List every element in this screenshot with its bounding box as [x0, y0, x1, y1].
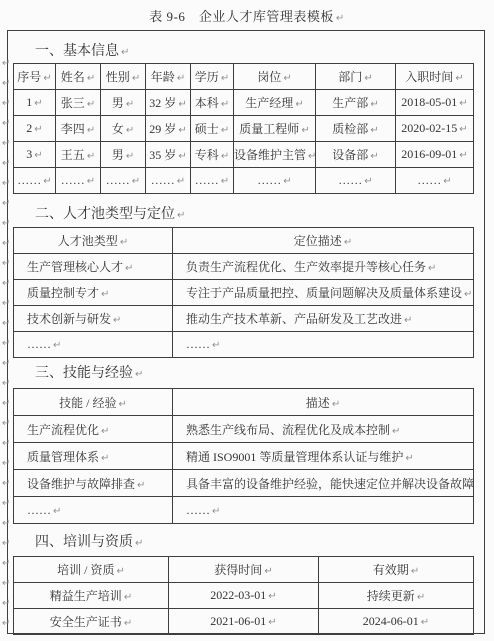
header-text: 序号 — [17, 70, 41, 84]
paragraph-mark-icon: ↵ — [212, 340, 220, 351]
page-title: 表 9-6 企业人才库管理表模板↵ — [0, 0, 494, 26]
margin-paragraph-mark-icon: ↵ — [2, 319, 10, 329]
paragraph-mark-icon: ↵ — [464, 289, 472, 300]
column-header: 岗位↵ — [234, 64, 316, 90]
cell-text: 生产流程优化 — [27, 423, 99, 437]
margin-paragraph-mark-icon: ↵ — [2, 399, 10, 409]
margin-paragraph-mark-icon: ↵ — [2, 279, 10, 289]
column-header: 技能 / 经验↵ — [14, 389, 173, 416]
margin-paragraph-mark-icon: ↵ — [2, 559, 10, 569]
column-header: 年龄↵ — [146, 64, 191, 90]
document-sheet: 一、基本信息↵ 序号↵ 姓名↵ 性别↵ 年龄↵ 学历↵ 岗位↵ 部门↵ 入职时间… — [7, 30, 485, 634]
paragraph-mark-icon: ↵ — [87, 176, 95, 187]
column-header: 有效期↵ — [319, 557, 474, 583]
paragraph-mark-icon: ↵ — [178, 99, 186, 110]
cell-text: 质量管理体系 — [27, 450, 99, 464]
header-text: 姓名 — [61, 70, 85, 84]
header-text: 技能 / 经验 — [59, 396, 116, 410]
training-table: 培训 / 资质↵ 获得时间↵ 有效期↵ 精益生产培训↵ 2022-03-01↵ … — [13, 556, 474, 635]
paragraph-mark-icon: ↵ — [177, 210, 185, 221]
margin-paragraph-mark-icon: ↵ — [2, 159, 10, 169]
cell-text: …… — [195, 173, 219, 187]
section-basic-info: 一、基本信息↵ 序号↵ 姓名↵ 性别↵ 年龄↵ 学历↵ 岗位↵ 部门↵ 入职时间… — [8, 43, 484, 194]
column-header: 培训 / 资质↵ — [14, 557, 169, 583]
paragraph-mark-icon: ↵ — [53, 340, 61, 351]
table-cell: 男↵ — [101, 142, 146, 168]
margin-marks: ↵↵↵↵↵↵↵↵↵↵↵↵↵↵↵↵↵↵↵↵↵↵↵↵↵↵↵↵↵ — [0, 0, 16, 641]
table-row: 技术创新与研发↵ 推动生产技术革新、产品研发及工艺改进↵ — [14, 306, 474, 332]
margin-paragraph-mark-icon: ↵ — [2, 99, 10, 109]
paragraph-mark-icon: ↵ — [221, 125, 229, 136]
paragraph-mark-icon: ↵ — [421, 617, 429, 628]
table-cell: 技术创新与研发↵ — [14, 306, 173, 332]
table-cell: 2020-02-15↵ — [396, 116, 474, 142]
paragraph-mark-icon: ↵ — [87, 125, 95, 136]
header-row: 培训 / 资质↵ 获得时间↵ 有效期↵ — [14, 557, 474, 583]
cell-text: 设备维护与故障排查 — [27, 477, 135, 491]
paragraph-mark-icon: ↵ — [113, 315, 121, 326]
cell-text: 熟悉生产线布局、流程优化及成本控制 — [186, 423, 390, 437]
paragraph-mark-icon: ↵ — [212, 506, 220, 517]
margin-paragraph-mark-icon: ↵ — [2, 619, 10, 629]
table-cell: ……↵ — [173, 332, 474, 358]
paragraph-mark-icon: ↵ — [135, 538, 143, 549]
paragraph-mark-icon: ↵ — [43, 73, 51, 84]
header-text: 年龄 — [151, 70, 175, 84]
cell-text: 29 岁 — [149, 122, 176, 136]
table-cell: ……↵ — [14, 332, 173, 358]
table-row: 质量控制专才↵ 专注于产品质量把控、质量问题解决及质量体系建设↵ — [14, 280, 474, 306]
table-cell: 生产部↵ — [316, 90, 396, 116]
cell-text: 王五 — [61, 148, 85, 162]
table-row: 设备维护与故障排查↵ 具备丰富的设备维护经验，能快速定位并解决设备故障↵ — [14, 470, 474, 497]
table-row: 1↵ 张三↵ 男↵ 32 岁↵ 本科↵ 生产经理↵ 生产部↵ 2018-05-0… — [14, 90, 474, 116]
page-title-text: 表 9-6 企业人才库管理表模板 — [149, 9, 334, 24]
table-cell: 质量控制专才↵ — [14, 280, 173, 306]
paragraph-mark-icon: ↵ — [177, 73, 185, 84]
paragraph-mark-icon: ↵ — [295, 99, 303, 110]
table-cell: 专注于产品质量把控、质量问题解决及质量体系建设↵ — [173, 280, 474, 306]
column-header: 序号↵ — [14, 64, 56, 90]
cell-text: 2021-06-01 — [210, 614, 266, 628]
paragraph-mark-icon: ↵ — [121, 47, 129, 58]
paragraph-mark-icon: ↵ — [34, 98, 42, 109]
cell-text: 3 — [26, 147, 32, 161]
header-row: 序号↵ 姓名↵ 性别↵ 年龄↵ 学历↵ 岗位↵ 部门↵ 入职时间↵ — [14, 64, 474, 90]
paragraph-mark-icon: ↵ — [116, 566, 124, 577]
cell-text: 生产管理核心人才 — [27, 260, 123, 274]
header-text: 学历 — [195, 70, 219, 84]
cell-text: …… — [17, 173, 41, 187]
table-cell: ……↵ — [14, 497, 173, 524]
table-cell: ……↵ — [191, 168, 234, 194]
margin-paragraph-mark-icon: ↵ — [2, 119, 10, 129]
table-cell: 安全生产证书↵ — [14, 609, 169, 635]
paragraph-mark-icon: ↵ — [118, 399, 126, 410]
cell-text: 2024-06-01 — [363, 614, 419, 628]
cell-text: 设备维护主管 — [234, 148, 306, 162]
paragraph-mark-icon: ↵ — [43, 176, 51, 187]
table-row: 生产管理核心人才↵ 负责生产流程优化、生产效率提升等核心任务↵ — [14, 254, 474, 280]
cell-text: 李四 — [61, 122, 85, 136]
cell-text: 安全生产证书 — [50, 615, 122, 629]
paragraph-mark-icon: ↵ — [132, 176, 140, 187]
cell-text: …… — [186, 503, 210, 517]
cell-text: 2 — [26, 121, 32, 135]
table-cell: 本科↵ — [191, 90, 234, 116]
table-cell: 质检部↵ — [316, 116, 396, 142]
cell-text: 专注于产品质量把控、质量问题解决及质量体系建设 — [186, 286, 462, 300]
cell-text: 质量控制专才 — [27, 286, 99, 300]
table-row: 2↵ 李四↵ 女↵ 29 岁↵ 硕士↵ 质量工程师↵ 质检部↵ 2020-02-… — [14, 116, 474, 142]
cell-text: 质检部 — [332, 122, 368, 136]
paragraph-mark-icon: ↵ — [370, 99, 378, 110]
header-text: 岗位 — [257, 70, 281, 84]
paragraph-mark-icon: ↵ — [221, 176, 229, 187]
table-cell: 持续更新↵ — [319, 583, 474, 609]
header-text: 培训 / 资质 — [57, 563, 114, 577]
header-text: 部门 — [338, 70, 362, 84]
table-cell: 32 岁↵ — [146, 90, 191, 116]
paragraph-mark-icon: ↵ — [87, 151, 95, 162]
cell-text: 专科 — [195, 148, 219, 162]
table-cell: ……↵ — [316, 168, 396, 194]
header-text: 性别 — [106, 70, 130, 84]
table-cell: 设备部↵ — [316, 142, 396, 168]
cell-text: 质量工程师 — [239, 122, 299, 136]
cell-text: 精通 ISO9001 等质量管理体系认证与维护 — [186, 450, 403, 464]
cell-text: 生产部 — [332, 96, 368, 110]
margin-paragraph-mark-icon: ↵ — [2, 139, 10, 149]
column-header: 姓名↵ — [56, 64, 101, 90]
paragraph-mark-icon: ↵ — [126, 99, 134, 110]
table-cell: ……↵ — [56, 168, 101, 194]
paragraph-mark-icon: ↵ — [268, 591, 276, 602]
table-row: 生产流程优化↵ 熟悉生产线布局、流程优化及成本控制↵ — [14, 416, 474, 443]
table-cell: 3↵ — [14, 142, 56, 168]
cell-text: 1 — [26, 95, 32, 109]
table-cell: ……↵ — [173, 497, 474, 524]
cell-text: …… — [338, 173, 362, 187]
table-cell: 生产管理核心人才↵ — [14, 254, 173, 280]
header-text: 获得时间 — [214, 563, 262, 577]
table-cell: ……↵ — [396, 168, 474, 194]
paragraph-mark-icon: ↵ — [344, 237, 352, 248]
table-cell: 女↵ — [101, 116, 146, 142]
paragraph-mark-icon: ↵ — [124, 618, 132, 629]
table-cell: 李四↵ — [56, 116, 101, 142]
table-row: ……↵ ……↵ — [14, 497, 474, 524]
table-cell: 2022-03-01↵ — [169, 583, 319, 609]
basic-info-table: 序号↵ 姓名↵ 性别↵ 年龄↵ 学历↵ 岗位↵ 部门↵ 入职时间↵ 1↵ 张三↵… — [13, 63, 474, 194]
margin-paragraph-mark-icon: ↵ — [2, 299, 10, 309]
margin-paragraph-mark-icon: ↵ — [2, 539, 10, 549]
margin-paragraph-mark-icon: ↵ — [2, 179, 10, 189]
margin-paragraph-mark-icon: ↵ — [2, 379, 10, 389]
paragraph-mark-icon: ↵ — [264, 566, 272, 577]
margin-paragraph-mark-icon: ↵ — [2, 579, 10, 589]
table-cell: 2021-06-01↵ — [169, 609, 319, 635]
cell-text: 35 岁 — [149, 148, 176, 162]
paragraph-mark-icon: ↵ — [101, 426, 109, 437]
cell-text: 2020-02-15 — [401, 121, 457, 135]
cell-text: 生产经理 — [245, 96, 293, 110]
table-cell: 精益生产培训↵ — [14, 583, 169, 609]
margin-paragraph-mark-icon: ↵ — [2, 199, 10, 209]
paragraph-mark-icon: ↵ — [137, 480, 145, 491]
cell-text: …… — [61, 173, 85, 187]
margin-paragraph-mark-icon: ↵ — [2, 519, 10, 529]
paragraph-mark-icon: ↵ — [135, 369, 143, 380]
talent-pool-table: 人才池类型↵ 定位描述↵ 生产管理核心人才↵ 负责生产流程优化、生产效率提升等核… — [13, 227, 474, 358]
cell-text: …… — [257, 173, 281, 187]
header-text: 有效期 — [373, 563, 409, 577]
margin-paragraph-mark-icon: ↵ — [2, 59, 10, 69]
paragraph-mark-icon: ↵ — [221, 151, 229, 162]
cell-text: 女 — [112, 122, 124, 136]
paragraph-mark-icon: ↵ — [455, 73, 463, 84]
table-cell: 熟悉生产线布局、流程优化及成本控制↵ — [173, 416, 474, 443]
margin-paragraph-mark-icon: ↵ — [2, 259, 10, 269]
cell-text: 推动生产技术革新、产品研发及工艺改进 — [186, 312, 402, 326]
table-cell: 质量管理体系↵ — [14, 443, 173, 470]
table-cell: ……↵ — [234, 168, 316, 194]
table-cell: ……↵ — [14, 168, 56, 194]
cell-text: 张三 — [61, 96, 85, 110]
table-cell: 1↵ — [14, 90, 56, 116]
table-cell: 推动生产技术革新、产品研发及工艺改进↵ — [173, 306, 474, 332]
cell-text: 负责生产流程优化、生产效率提升等核心任务 — [186, 260, 426, 274]
header-row: 技能 / 经验↵ 描述↵ — [14, 389, 474, 416]
table-cell: 2018-05-01↵ — [396, 90, 474, 116]
table-cell: ……↵ — [146, 168, 191, 194]
paragraph-mark-icon: ↵ — [101, 289, 109, 300]
table-cell: 精通 ISO9001 等质量管理体系认证与维护↵ — [173, 443, 474, 470]
table-cell: 张三↵ — [56, 90, 101, 116]
table-row: ……↵ ……↵ ……↵ ……↵ ……↵ ……↵ ……↵ ……↵ — [14, 168, 474, 194]
table-cell: 专科↵ — [191, 142, 234, 168]
table-cell: 设备维护主管↵ — [234, 142, 316, 168]
table-cell: 质量工程师↵ — [234, 116, 316, 142]
paragraph-mark-icon: ↵ — [53, 506, 61, 517]
skills-table: 技能 / 经验↵ 描述↵ 生产流程优化↵ 熟悉生产线布局、流程优化及成本控制↵ … — [13, 388, 474, 524]
cell-text: …… — [106, 173, 130, 187]
heading-text: 一、基本信息 — [35, 44, 119, 59]
table-cell: 生产流程优化↵ — [14, 416, 173, 443]
section-heading-training: 四、培训与资质↵ — [35, 534, 484, 553]
cell-text: …… — [27, 503, 51, 517]
table-cell: 2↵ — [14, 116, 56, 142]
cell-text: …… — [27, 337, 51, 351]
cell-text: 硕士 — [195, 122, 219, 136]
paragraph-mark-icon: ↵ — [405, 453, 413, 464]
paragraph-mark-icon: ↵ — [178, 151, 186, 162]
table-cell: 生产经理↵ — [234, 90, 316, 116]
header-text: 入职时间 — [405, 70, 453, 84]
paragraph-mark-icon: ↵ — [87, 73, 95, 84]
heading-text: 三、技能与经验 — [35, 366, 133, 381]
margin-paragraph-mark-icon: ↵ — [2, 459, 10, 469]
paragraph-mark-icon: ↵ — [392, 426, 400, 437]
table-cell: 29 岁↵ — [146, 116, 191, 142]
paragraph-mark-icon: ↵ — [126, 125, 134, 136]
column-header: 定位描述↵ — [173, 228, 474, 254]
paragraph-mark-icon: ↵ — [459, 98, 467, 109]
cell-text: 具备丰富的设备维护经验，能快速定位并解决设备故障 — [186, 477, 474, 491]
margin-paragraph-mark-icon: ↵ — [2, 219, 10, 229]
table-row: 精益生产培训↵ 2022-03-01↵ 持续更新↵ — [14, 583, 474, 609]
cell-text: 男 — [112, 96, 124, 110]
margin-paragraph-mark-icon: ↵ — [2, 339, 10, 349]
paragraph-mark-icon: ↵ — [370, 125, 378, 136]
table-cell: 硕士↵ — [191, 116, 234, 142]
margin-paragraph-mark-icon: ↵ — [2, 599, 10, 609]
section-heading-talent-pool: 二、人才池类型与定位↵ — [35, 206, 484, 225]
table-cell: 王五↵ — [56, 142, 101, 168]
paragraph-mark-icon: ↵ — [34, 124, 42, 135]
margin-paragraph-mark-icon: ↵ — [2, 79, 10, 89]
column-header: 部门↵ — [316, 64, 396, 90]
paragraph-mark-icon: ↵ — [417, 592, 425, 603]
column-header: 性别↵ — [101, 64, 146, 90]
cell-text: 精益生产培训 — [50, 589, 122, 603]
cell-text: 32 岁 — [149, 96, 176, 110]
paragraph-mark-icon: ↵ — [87, 99, 95, 110]
cell-text: …… — [151, 173, 175, 187]
section-training: 四、培训与资质↵ 培训 / 资质↵ 获得时间↵ 有效期↵ 精益生产培训↵ 202… — [8, 534, 484, 635]
column-header: 人才池类型↵ — [14, 228, 173, 254]
heading-text: 四、培训与资质 — [35, 535, 133, 550]
paragraph-mark-icon: ↵ — [428, 263, 436, 274]
cell-text: 男 — [112, 148, 124, 162]
paragraph-mark-icon: ↵ — [332, 399, 340, 410]
paragraph-mark-icon: ↵ — [370, 151, 378, 162]
margin-paragraph-mark-icon: ↵ — [2, 439, 10, 449]
table-row: ……↵ ……↵ — [14, 332, 474, 358]
cell-text: 设备部 — [332, 148, 368, 162]
header-text: 人才池类型 — [58, 234, 118, 248]
table-cell: 男↵ — [101, 90, 146, 116]
cell-text: 本科 — [195, 96, 219, 110]
table-row: 3↵ 王五↵ 男↵ 35 岁↵ 专科↵ 设备维护主管↵ 设备部↵ 2016-09… — [14, 142, 474, 168]
margin-paragraph-mark-icon: ↵ — [2, 239, 10, 249]
cell-text: …… — [417, 173, 441, 187]
column-header: 描述↵ — [173, 389, 474, 416]
section-talent-pool: 二、人才池类型与定位↵ 人才池类型↵ 定位描述↵ 生产管理核心人才↵ 负责生产流… — [8, 206, 484, 358]
section-heading-basic-info: 一、基本信息↵ — [35, 43, 484, 62]
column-header: 获得时间↵ — [169, 557, 319, 583]
table-cell: ……↵ — [101, 168, 146, 194]
cell-text: 技术创新与研发 — [27, 312, 111, 326]
table-cell: 设备维护与故障排查↵ — [14, 470, 173, 497]
paragraph-mark-icon: ↵ — [125, 263, 133, 274]
paragraph-mark-icon: ↵ — [308, 151, 315, 162]
cell-text: 2016-09-01 — [401, 147, 457, 161]
paragraph-mark-icon: ↵ — [459, 150, 467, 161]
paragraph-mark-icon: ↵ — [404, 315, 412, 326]
column-header: 学历↵ — [191, 64, 234, 90]
cell-text: 2018-05-01 — [401, 95, 457, 109]
table-cell: 35 岁↵ — [146, 142, 191, 168]
paragraph-mark-icon: ↵ — [301, 125, 309, 136]
paragraph-mark-icon: ↵ — [177, 176, 185, 187]
margin-paragraph-mark-icon: ↵ — [2, 359, 10, 369]
margin-paragraph-mark-icon: ↵ — [2, 479, 10, 489]
paragraph-mark-icon: ↵ — [283, 73, 291, 84]
paragraph-mark-icon: ↵ — [120, 237, 128, 248]
header-text: 定位描述 — [294, 234, 342, 248]
paragraph-mark-icon: ↵ — [124, 592, 132, 603]
margin-paragraph-mark-icon: ↵ — [2, 419, 10, 429]
table-cell: 2024-06-01↵ — [319, 609, 474, 635]
paragraph-mark-icon: ↵ — [101, 453, 109, 464]
paragraph-mark-icon: ↵ — [221, 99, 229, 110]
paragraph-mark-icon: ↵ — [364, 73, 372, 84]
header-text: 描述 — [306, 396, 330, 410]
paragraph-mark-icon: ↵ — [126, 151, 134, 162]
header-row: 人才池类型↵ 定位描述↵ — [14, 228, 474, 254]
table-row: 安全生产证书↵ 2021-06-01↵ 2024-06-01↵ — [14, 609, 474, 635]
section-skills: 三、技能与经验↵ 技能 / 经验↵ 描述↵ 生产流程优化↵ 熟悉生产线布局、流程… — [8, 365, 484, 524]
section-heading-skills: 三、技能与经验↵ — [35, 365, 484, 384]
paragraph-mark-icon: ↵ — [178, 125, 186, 136]
paragraph-mark-icon: ↵ — [336, 13, 345, 24]
table-row: 质量管理体系↵ 精通 ISO9001 等质量管理体系认证与维护↵ — [14, 443, 474, 470]
heading-text: 二、人才池类型与定位 — [35, 207, 175, 222]
paragraph-mark-icon: ↵ — [268, 617, 276, 628]
table-cell: 负责生产流程优化、生产效率提升等核心任务↵ — [173, 254, 474, 280]
paragraph-mark-icon: ↵ — [411, 566, 419, 577]
paragraph-mark-icon: ↵ — [221, 73, 229, 84]
paragraph-mark-icon: ↵ — [283, 176, 291, 187]
paragraph-mark-icon: ↵ — [443, 176, 451, 187]
table-cell: 2016-09-01↵ — [396, 142, 474, 168]
paragraph-mark-icon: ↵ — [459, 124, 467, 135]
paragraph-mark-icon: ↵ — [364, 176, 372, 187]
cell-text: 持续更新 — [367, 589, 415, 603]
column-header: 入职时间↵ — [396, 64, 474, 90]
margin-paragraph-mark-icon: ↵ — [2, 499, 10, 509]
paragraph-mark-icon: ↵ — [34, 150, 42, 161]
cell-text: 2022-03-01 — [210, 588, 266, 602]
cell-text: …… — [186, 337, 210, 351]
paragraph-mark-icon: ↵ — [132, 73, 140, 84]
table-cell: 具备丰富的设备维护经验，能快速定位并解决设备故障↵ — [173, 470, 474, 497]
